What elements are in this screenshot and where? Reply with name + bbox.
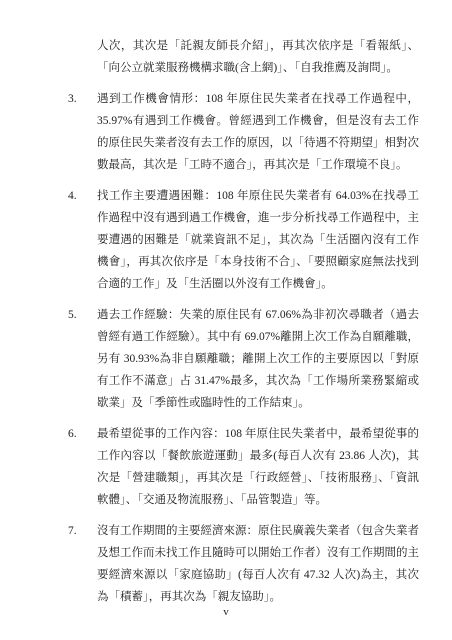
paragraph-continuation: 人次，其次是「託親友師長介紹」，再其次依序是「看報紙」、「向公立就業服務機構求職… xyxy=(97,35,419,79)
list-item-number: 4. xyxy=(68,185,97,295)
list-item: 6. 最希望從事的工作內容：108 年原住民失業者中，最希望從事的工作內容以「餐… xyxy=(68,423,419,511)
list-item: 3. 遇到工作機會情形：108 年原住民失業者在找尋工作過程中，35.97%有遇… xyxy=(68,88,419,176)
list-item: 5. 過去工作經驗：失業的原住民有 67.06%為非初次尋職者（過去曾經有過工作… xyxy=(68,304,419,414)
list-item-text: 找工作主要遭遇困難：108 年原住民失業者有 64.03%在找尋工作過程中沒有遇… xyxy=(97,185,419,295)
document-page: 人次，其次是「託親友師長介紹」，再其次依序是「看報紙」、「向公立就業服務機構求職… xyxy=(0,0,452,640)
list-item-number: 7. xyxy=(68,520,97,608)
list-item-number: 3. xyxy=(68,88,97,176)
list-item-number: 6. xyxy=(68,423,97,511)
page-number: v xyxy=(0,606,452,618)
text-block: 人次，其次是「託親友師長介紹」，再其次依序是「看報紙」、「向公立就業服務機構求職… xyxy=(68,35,419,617)
list-item-number: 5. xyxy=(68,304,97,414)
list-item-text: 遇到工作機會情形：108 年原住民失業者在找尋工作過程中，35.97%有遇到工作… xyxy=(97,88,419,176)
list-item-text: 過去工作經驗：失業的原住民有 67.06%為非初次尋職者（過去曾經有過工作經驗）… xyxy=(97,304,419,414)
list-item-text: 最希望從事的工作內容：108 年原住民失業者中，最希望從事的工作內容以「餐飲旅遊… xyxy=(97,423,419,511)
list-item-text: 沒有工作期間的主要經濟來源：原住民廣義失業者（包含失業者及想工作而未找工作且隨時… xyxy=(97,520,419,608)
list-item: 4. 找工作主要遭遇困難：108 年原住民失業者有 64.03%在找尋工作過程中… xyxy=(68,185,419,295)
list-item: 7. 沒有工作期間的主要經濟來源：原住民廣義失業者（包含失業者及想工作而未找工作… xyxy=(68,520,419,608)
